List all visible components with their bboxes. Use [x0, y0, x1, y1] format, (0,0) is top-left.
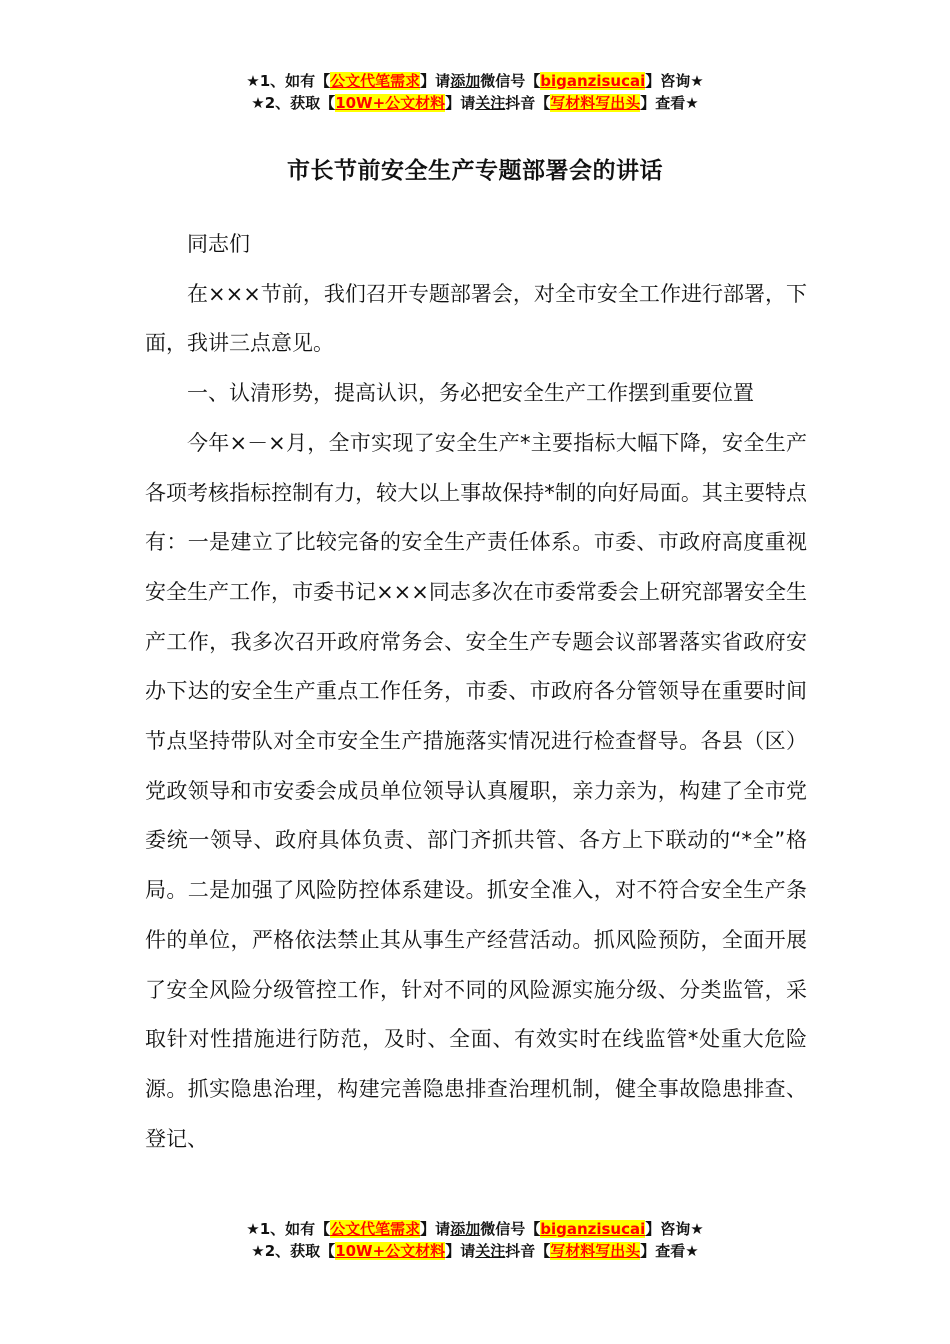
banner-highlight: 10W+公文材料 [335, 94, 445, 112]
paragraph: 今年×－×月，全市实现了安全生产*主要指标大幅下降，安全生产各项考核指标控制有力… [145, 419, 807, 1165]
top-banner: ★1、如有【公文代笔需求】请添加微信号【biganzisucai】咨询★ ★2、… [0, 70, 950, 114]
banner-line-1: ★1、如有【公文代笔需求】请添加微信号【biganzisucai】咨询★ [0, 70, 950, 92]
banner-line-2: ★2、获取【10W+公文材料】请关注抖音【写材料写出头】查看★ [0, 92, 950, 114]
paragraph: 在×××节前，我们召开专题部署会，对全市安全工作进行部署，下面，我讲三点意见。 [145, 270, 807, 369]
section-heading: 一、认清形势，提高认识，务必把安全生产工作摆到重要位置 [145, 369, 807, 419]
banner-highlight: 公文代笔需求 [330, 72, 420, 90]
bottom-banner: ★1、如有【公文代笔需求】请添加微信号【biganzisucai】咨询★ ★2、… [0, 1218, 950, 1262]
banner-highlight: 10W+公文材料 [335, 1242, 445, 1260]
banner-line-2: ★2、获取【10W+公文材料】请关注抖音【写材料写出头】查看★ [0, 1240, 950, 1262]
banner-wechat-id: biganzisucai [540, 72, 645, 90]
banner-line-1: ★1、如有【公文代笔需求】请添加微信号【biganzisucai】咨询★ [0, 1218, 950, 1240]
banner-douyin-id: 写材料写出头 [550, 94, 640, 112]
salutation: 同志们 [145, 220, 807, 270]
banner-douyin-id: 写材料写出头 [550, 1242, 640, 1260]
banner-wechat-id: biganzisucai [540, 1220, 645, 1238]
banner-highlight: 公文代笔需求 [330, 1220, 420, 1238]
document-title: 市长节前安全生产专题部署会的讲话 [0, 152, 950, 185]
document-body: 同志们 在×××节前，我们召开专题部署会，对全市安全工作进行部署，下面，我讲三点… [145, 220, 807, 1164]
